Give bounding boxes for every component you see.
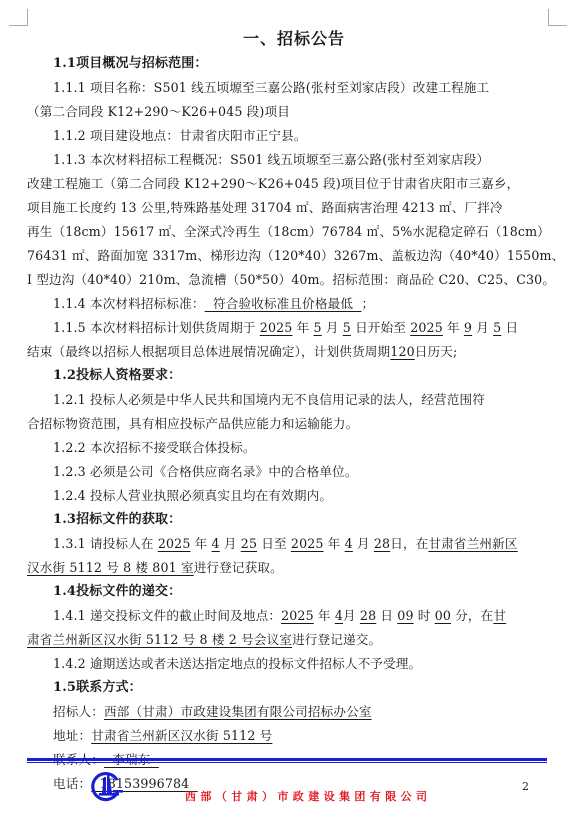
document-page: 一、招标公告 1.1项目概况与招标范围： 1.1.1 项目名称：S501 线五顷… <box>27 26 547 796</box>
doc-obtain-text: 1.3.1 请投标人在 <box>53 536 154 551</box>
supply-period-days: 120 <box>390 344 415 359</box>
day-start-label: 日开始至 <box>355 320 406 335</box>
deadline-text: 1.4.1 递交投标文件的截止时间及地点： <box>53 608 281 623</box>
tenderer-label: 招标人： <box>53 704 104 719</box>
submit-address-part2: 肃省兰州新区汉水街 5112 号 8 楼 2 号会议室 <box>27 632 292 647</box>
section-heading-1-5: 1.5联系方式： <box>27 676 547 700</box>
paragraph-1-1-2: 1.1.2 项目建设地点：甘肃省庆阳市正宁县。 <box>27 124 547 148</box>
supply-end-day: 5 <box>493 320 501 335</box>
minute-label: 分，在 <box>455 608 493 623</box>
paragraph-1-3-1-line1: 1.3.1 请投标人在 2025 年 4 月 25 日至 2025 年 4 月 … <box>27 532 547 556</box>
footer-rule-thin <box>27 762 547 763</box>
paragraph-1-4-1-line1: 1.4.1 递交投标文件的截止时间及地点：2025 年 4月 28 日 09 时… <box>27 604 547 628</box>
address-label: 地址： <box>53 728 91 743</box>
contact-address: 地址：甘肃省兰州新区汉水街 5112 号 <box>27 724 547 748</box>
paragraph-1-2-3: 1.2.3 必须是公司《合格供应商名录》中的合格单位。 <box>27 460 547 484</box>
tender-standard-value: 符合验收标准且价格最低 <box>205 296 362 311</box>
tender-standard-label: 1.1.4 本次材料招标标准： <box>53 296 205 311</box>
paragraph-1-1-5-line1: 1.1.5 本次材料招标计划供货周期于 2025 年 5 月 5 日开始至 20… <box>27 316 547 340</box>
supply-end-year: 2025 <box>410 320 443 335</box>
month-label: 月 <box>357 536 370 551</box>
calendar-days-label: 日历天; <box>415 344 458 359</box>
paragraph-1-1-3-line2: 改建工程施工（第二合同段 K12+290～K26+045 段)项目位于甘肃省庆阳… <box>27 172 547 196</box>
obtain-action-text: 进行登记获取。 <box>194 560 283 575</box>
deadline-hour: 09 <box>397 608 413 623</box>
year-label: 年 <box>328 536 341 551</box>
paragraph-1-2-4: 1.2.4 投标人营业执照必须真实且均在有效期内。 <box>27 484 547 508</box>
month-label: 月 <box>224 536 237 551</box>
paragraph-1-1-3-line1: 1.1.3 本次材料招标工程概况：S501 线五顷塬至三嘉公路(张村至刘家店段） <box>27 148 547 172</box>
paragraph-1-2-1-line2: 合招标物资范围，具有相应投标产品供应能力和运输能力。 <box>27 412 547 436</box>
year-label: 年 <box>447 320 460 335</box>
contact-tenderer: 招标人：西部（甘肃）市政建设集团有限公司招标办公室 <box>27 700 547 724</box>
supply-start-year: 2025 <box>260 320 293 335</box>
obtain-end-year: 2025 <box>291 536 324 551</box>
tenderer-value: 西部（甘肃）市政建设集团有限公司招标办公室 <box>104 704 372 719</box>
paragraph-1-1-3-line3: 项目施工长度约 13 公里,特殊路基处理 31704 ㎡、路面病害治理 4213… <box>27 196 547 220</box>
submit-action-text: 进行登记递交。 <box>292 632 381 647</box>
footer-company-name: 西部（甘肃）市政建设集团有限公司 <box>185 788 431 804</box>
supply-start-month: 5 <box>314 320 322 335</box>
crop-mark-top-left <box>9 9 28 26</box>
obtain-start-day: 25 <box>241 536 257 551</box>
paragraph-1-1-3-line5: 76431 ㎡、路面加宽 3317m、梯形边沟（120*40）3267m、盖板边… <box>27 244 547 268</box>
page-title: 一、招标公告 <box>41 26 547 52</box>
obtain-end-month: 4 <box>345 536 353 551</box>
page-number: 2 <box>522 780 529 793</box>
section-heading-1-3: 1.3招标文件的获取： <box>27 508 547 532</box>
obtain-end-day: 28 <box>374 536 390 551</box>
obtain-start-month: 4 <box>212 536 220 551</box>
paragraph-1-3-1-line2: 汉水街 5112 号 8 楼 801 室进行登记获取。 <box>27 556 547 580</box>
address-value: 甘肃省兰州新区汉水街 5112 号 <box>91 728 272 743</box>
paragraph-1-1-1-line2: （第二合同段 K12+290～K26+045 段)项目 <box>27 100 547 124</box>
submit-address-part1: 甘 <box>493 608 506 623</box>
supply-period-text: 1.1.5 本次材料招标计划供货周期于 <box>53 320 256 335</box>
year-label: 年 <box>318 608 331 623</box>
obtain-address-part1: 甘肃省兰州新区 <box>428 536 517 551</box>
section-heading-1-2: 1.2投标人资格要求： <box>27 364 547 388</box>
month-label: 月 <box>476 320 489 335</box>
at-label: 日，在 <box>390 536 428 551</box>
paragraph-1-1-3-line6: I 型边沟（40*40）210m、急流槽（50*50）40m。招标范围：商品砼 … <box>27 268 547 292</box>
paragraph-1-2-2: 1.2.2 本次招标不接受联合体投标。 <box>27 436 547 460</box>
to-label: 日至 <box>261 536 287 551</box>
company-logo-icon <box>89 771 127 805</box>
year-label: 年 <box>195 536 208 551</box>
paragraph-1-1-1-line1: 1.1.1 项目名称：S501 线五顷塬至三嘉公路(张村至刘家店段）改建工程施工 <box>27 76 547 100</box>
deadline-year: 2025 <box>281 608 314 623</box>
obtain-start-year: 2025 <box>158 536 191 551</box>
paragraph-1-1-4: 1.1.4 本次材料招标标准： 符合验收标准且价格最低 ； <box>27 292 547 316</box>
tender-standard-suffix: ； <box>361 296 374 311</box>
section-heading-1-1: 1.1项目概况与招标范围： <box>27 52 547 76</box>
deadline-day: 28 <box>360 608 376 623</box>
day-label: 日 <box>380 608 393 623</box>
year-label: 年 <box>297 320 310 335</box>
obtain-address-part2: 汉水街 5112 号 8 楼 801 室 <box>27 560 194 575</box>
month-label: 月 <box>343 608 356 623</box>
paragraph-1-1-3-line4: 再生（18cm）15617 ㎡、全深式冷再生（18cm）76784 ㎡、5%水泥… <box>27 220 547 244</box>
day-label: 日 <box>505 320 518 335</box>
paragraph-1-1-5-line2: 结束（最终以招标人根据项目总体进展情况确定），计划供货周期120日历天; <box>27 340 547 364</box>
month-label: 月 <box>326 320 339 335</box>
deadline-minute: 00 <box>435 608 451 623</box>
supply-period-desc: 结束（最终以招标人根据项目总体进展情况确定），计划供货周期 <box>27 344 390 359</box>
deadline-month: 4 <box>335 608 343 623</box>
paragraph-1-2-1-line1: 1.2.1 投标人必须是中华人民共和国境内无不良信用记录的法人，经营范围符 <box>27 388 547 412</box>
phone-label: 电话： <box>53 776 91 791</box>
paragraph-1-4-1-line2: 肃省兰州新区汉水街 5112 号 8 楼 2 号会议室进行登记递交。 <box>27 628 547 652</box>
footer-rule-thick <box>27 758 547 761</box>
crop-mark-top-right <box>548 9 567 26</box>
section-heading-1-4: 1.4投标文件的递交： <box>27 580 547 604</box>
hour-label: 时 <box>418 608 431 623</box>
supply-end-month: 9 <box>464 320 472 335</box>
supply-start-day: 5 <box>343 320 351 335</box>
paragraph-1-4-2: 1.4.2 逾期送达或者未送达指定地点的投标文件招标人不予受理。 <box>27 652 547 676</box>
